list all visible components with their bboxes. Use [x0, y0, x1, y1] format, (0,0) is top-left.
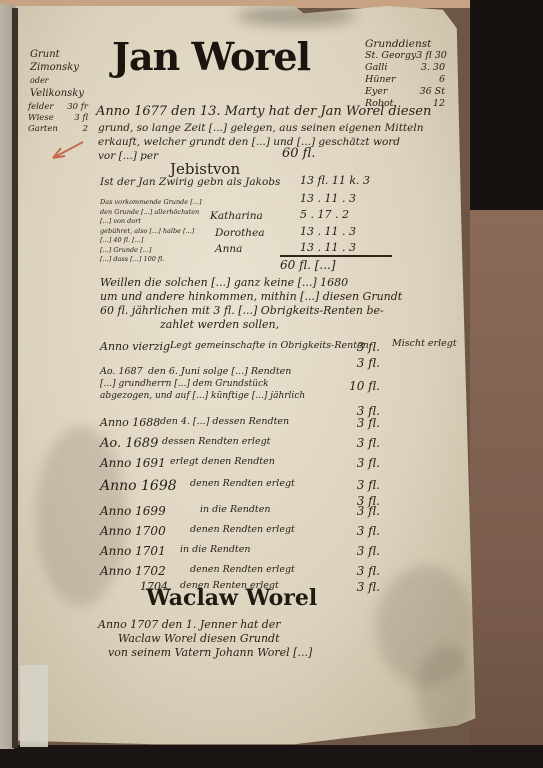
rent-paragraph: Weillen die solchen [...] ganz keine [..…: [100, 276, 402, 332]
heir-line-1: Ist der Jan Zwirig gebn als Jakobs: [100, 176, 280, 188]
heir-value-2: 13 . 11 . 3: [300, 192, 356, 205]
section-title: Waclaw Worel: [146, 585, 317, 611]
dark-background: [470, 0, 543, 210]
book-spine: [12, 8, 18, 748]
heir-name-4: Dorothea: [215, 227, 265, 239]
intro-line-3: erkauft, welcher grundt den [...] und [.…: [98, 136, 400, 148]
heir-name-3: Katharina: [210, 210, 263, 222]
dark-foreground: [0, 745, 543, 768]
red-check-mark-icon: [47, 140, 87, 162]
heir-value-1: 13 fl. 11 k. 3: [300, 174, 370, 187]
left-margin-items: felder30 fr Wiese3 fl Garten2: [28, 102, 88, 135]
left-margin-heading: Grunt Zimonsky oder Velikonsky: [30, 48, 84, 100]
heir-value-3: 5 . 17 . 2: [300, 208, 349, 221]
intro-price: 60 fl.: [282, 146, 315, 161]
page-title: Jan Worel: [112, 34, 310, 79]
heir-value-5: 13 . 11 . 3: [300, 241, 356, 254]
intro-line-1: Anno 1677 den 13. Marty hat der Jan Wore…: [96, 104, 431, 119]
heir-name-5: Anna: [215, 243, 242, 255]
repair-tape: [20, 665, 48, 747]
heirs-note: Das vorkommende Grunde [...] den Grunde …: [100, 198, 201, 265]
right-margin-grunddienst: Grunddienst St. Georgy3 fl 30 Galli3. 30…: [365, 38, 445, 110]
heir-value-4: 13 . 11 . 3: [300, 225, 356, 238]
table-surface: [470, 210, 543, 768]
intro-line-4: vor [...] per: [98, 150, 158, 162]
intro-line-2: grund, so lange Zeit [...] gelegen, aus …: [98, 122, 423, 134]
sum-value: 60 fl. [...]: [280, 258, 336, 272]
payment-note: Mischt erlegt: [392, 338, 457, 349]
closing-paragraph: Anno 1707 den 1. Jenner hat der Waclaw W…: [98, 618, 312, 660]
sum-rule: [280, 255, 392, 257]
